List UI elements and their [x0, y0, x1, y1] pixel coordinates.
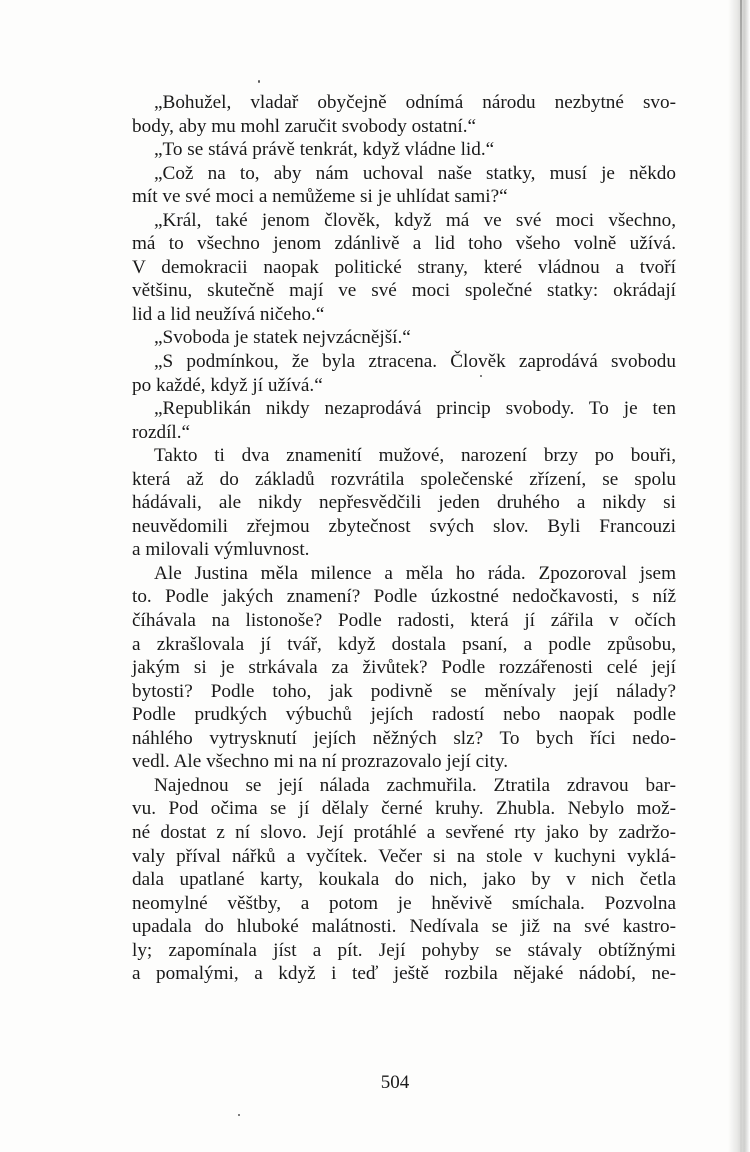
text-line: po každé, když jí užívá.“: [110, 374, 676, 398]
text-line: náhlého vytrysknutí jejích něžných slz? …: [110, 727, 676, 751]
paragraph: „Což na to, aby nám uchoval naše statky,…: [110, 162, 676, 209]
text-line: která až do základů rozvrátila společens…: [110, 468, 676, 492]
scan-speck: [258, 80, 260, 83]
page-edge-shadow: [728, 0, 750, 1152]
page-number: 504: [0, 1072, 750, 1094]
text-line: Takto ti dva znamenití mužové, narození …: [110, 444, 676, 468]
text-line: a milovali výmluvnost.: [110, 538, 676, 562]
text-line: dala upatlané karty, koukala do nich, ja…: [110, 868, 676, 892]
text-line: upadala do hluboké malátnosti. Nedívala …: [110, 915, 676, 939]
text-line: mít ve své moci a nemůžeme si je uhlídat…: [110, 185, 676, 209]
text-line: valy příval nářků a vyčítek. Večer si na…: [110, 845, 676, 869]
text-line: a pomalými, a když i teď ještě rozbila n…: [110, 962, 676, 986]
book-page: „Bohužel, vladař obyčejně odnímá národu …: [0, 0, 750, 1152]
page-edge-line: [740, 0, 742, 1152]
text-line: rozdíl.“: [110, 421, 676, 445]
text-line: „To se stává právě tenkrát, když vládne …: [110, 138, 676, 162]
text-line: neomylné věštby, a potom je hněvivě smíc…: [110, 892, 676, 916]
text-line: „Republikán nikdy nezaprodává princip sv…: [110, 397, 676, 421]
paragraph: „To se stává právě tenkrát, když vládne …: [110, 138, 676, 162]
text-line: V demokracii naopak politické strany, kt…: [110, 256, 676, 280]
text-line: Ale Justina měla milence a měla ho ráda.…: [110, 562, 676, 586]
text-line: to. Podle jakých znamení? Podle úzkostné…: [110, 585, 676, 609]
text-line: neuvědomili zřejmou zbytečnost svých slo…: [110, 515, 676, 539]
paragraph: „Bohužel, vladař obyčejně odnímá národu …: [110, 91, 676, 138]
scan-speck: [480, 375, 482, 377]
text-line: bytosti? Podle toho, jak podivně se mění…: [110, 680, 676, 704]
scan-speck: [238, 1114, 240, 1116]
paragraph: Najednou se její nálada zachmuřila. Ztra…: [110, 774, 676, 986]
text-line: a zkrašlovala jí tvář, když dostala psan…: [110, 633, 676, 657]
text-line: Najednou se její nálada zachmuřila. Ztra…: [110, 774, 676, 798]
text-line: Podle prudkých výbuchů jejích radostí ne…: [110, 703, 676, 727]
paragraph: „Svoboda je statek nejvzácnější.“: [110, 326, 676, 350]
text-line: lid a lid neužívá ničeho.“: [110, 303, 676, 327]
text-line: body, aby mu mohl zaručit svobody ostatn…: [110, 115, 676, 139]
paragraph: Ale Justina měla milence a měla ho ráda.…: [110, 562, 676, 774]
text-line: „S podmínkou, že byla ztracena. Člověk z…: [110, 350, 676, 374]
paragraph: „Republikán nikdy nezaprodává princip sv…: [110, 397, 676, 444]
body-text: „Bohužel, vladař obyčejně odnímá národu …: [110, 91, 676, 986]
text-line: né dostat z ní slovo. Její protáhlé a se…: [110, 821, 676, 845]
text-line: „Bohužel, vladař obyčejně odnímá národu …: [110, 91, 676, 115]
text-line: většinu, skutečně mají ve své moci spole…: [110, 279, 676, 303]
text-line: vu. Pod očima se jí dělaly černé kruhy. …: [110, 797, 676, 821]
text-line: jakým si je strkávala za živůtek? Podle …: [110, 656, 676, 680]
text-line: má to všechno jenom zdánlivě a lid toho …: [110, 232, 676, 256]
text-line: číhávala na listonoše? Podle radosti, kt…: [110, 609, 676, 633]
text-line: hádávali, ale nikdy nepřesvědčili jeden …: [110, 491, 676, 515]
text-line: „Král, také jenom člověk, když má ve své…: [110, 209, 676, 233]
text-line: ly; zapomínala jíst a pít. Její pohyby s…: [110, 939, 676, 963]
text-line: „Svoboda je statek nejvzácnější.“: [110, 326, 676, 350]
text-line: vedl. Ale všechno mi na ní prozrazovalo …: [110, 750, 676, 774]
paragraph: „S podmínkou, že byla ztracena. Člověk z…: [110, 350, 676, 397]
text-line: „Což na to, aby nám uchoval naše statky,…: [110, 162, 676, 186]
paragraph: „Král, také jenom člověk, když má ve své…: [110, 209, 676, 327]
paragraph: Takto ti dva znamenití mužové, narození …: [110, 444, 676, 562]
